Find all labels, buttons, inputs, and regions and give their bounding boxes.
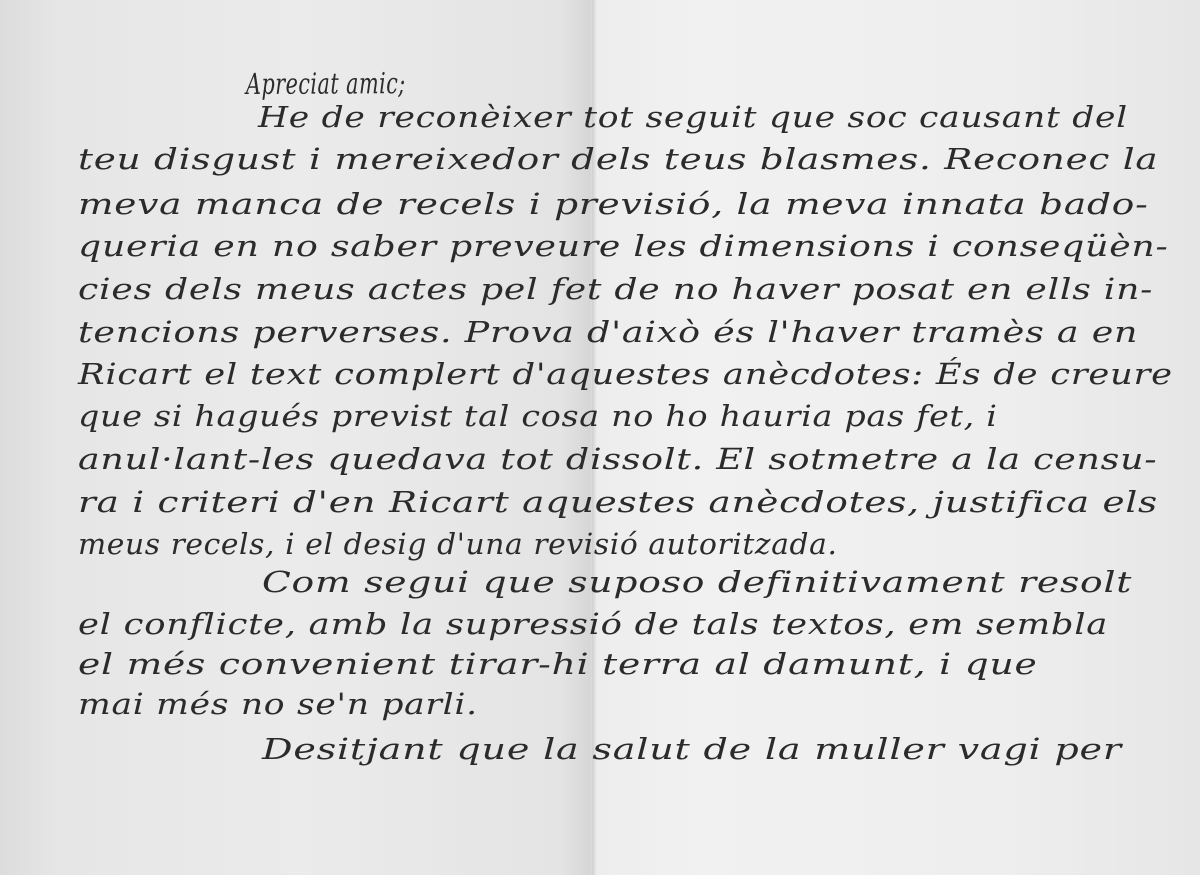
letter-line-5: cies dels meus actes pel fet de no haver…: [78, 275, 1153, 304]
letter-line-3: meva manca de recels i previsió, la meva…: [78, 190, 1149, 219]
letter-line-14: el més convenient tirar-hi terra al damu…: [78, 650, 1038, 679]
letter-line-2: teu disgust i mereixedor dels teus blasm…: [78, 145, 1158, 174]
salutation: Apreciat amic;: [246, 69, 406, 99]
letter-line-8: que si hagués previst tal cosa no ho hau…: [78, 402, 998, 431]
letter-line-16: Desitjant que la salut de la muller vagi…: [262, 735, 1122, 764]
letter-line-1: He de reconèixer tot seguit que soc caus…: [258, 103, 1128, 132]
letter-line-12: Com segui que suposo definitivament reso…: [262, 568, 1132, 597]
letter-line-4: queria en no saber preveure les dimensio…: [78, 232, 1169, 261]
letter-page: Apreciat amic; He de reconèixer tot segu…: [0, 0, 1200, 875]
letter-line-10: ra i criteri d'en Ricart aquestes anècdo…: [78, 488, 1158, 517]
letter-line-6: tencions perverses. Prova d'això és l'ha…: [78, 318, 1138, 347]
letter-line-7: Ricart el text complert d'aquestes anècd…: [78, 360, 1173, 389]
letter-line-13: el conflicte, amb la supressió de tals t…: [78, 610, 1108, 639]
letter-line-15: mai més no se'n parli.: [78, 690, 478, 719]
letter-line-9: anul·lant-les quedava tot dissolt. El so…: [78, 445, 1157, 474]
letter-line-11: meus recels, i el desig d'una revisió au…: [78, 530, 838, 559]
